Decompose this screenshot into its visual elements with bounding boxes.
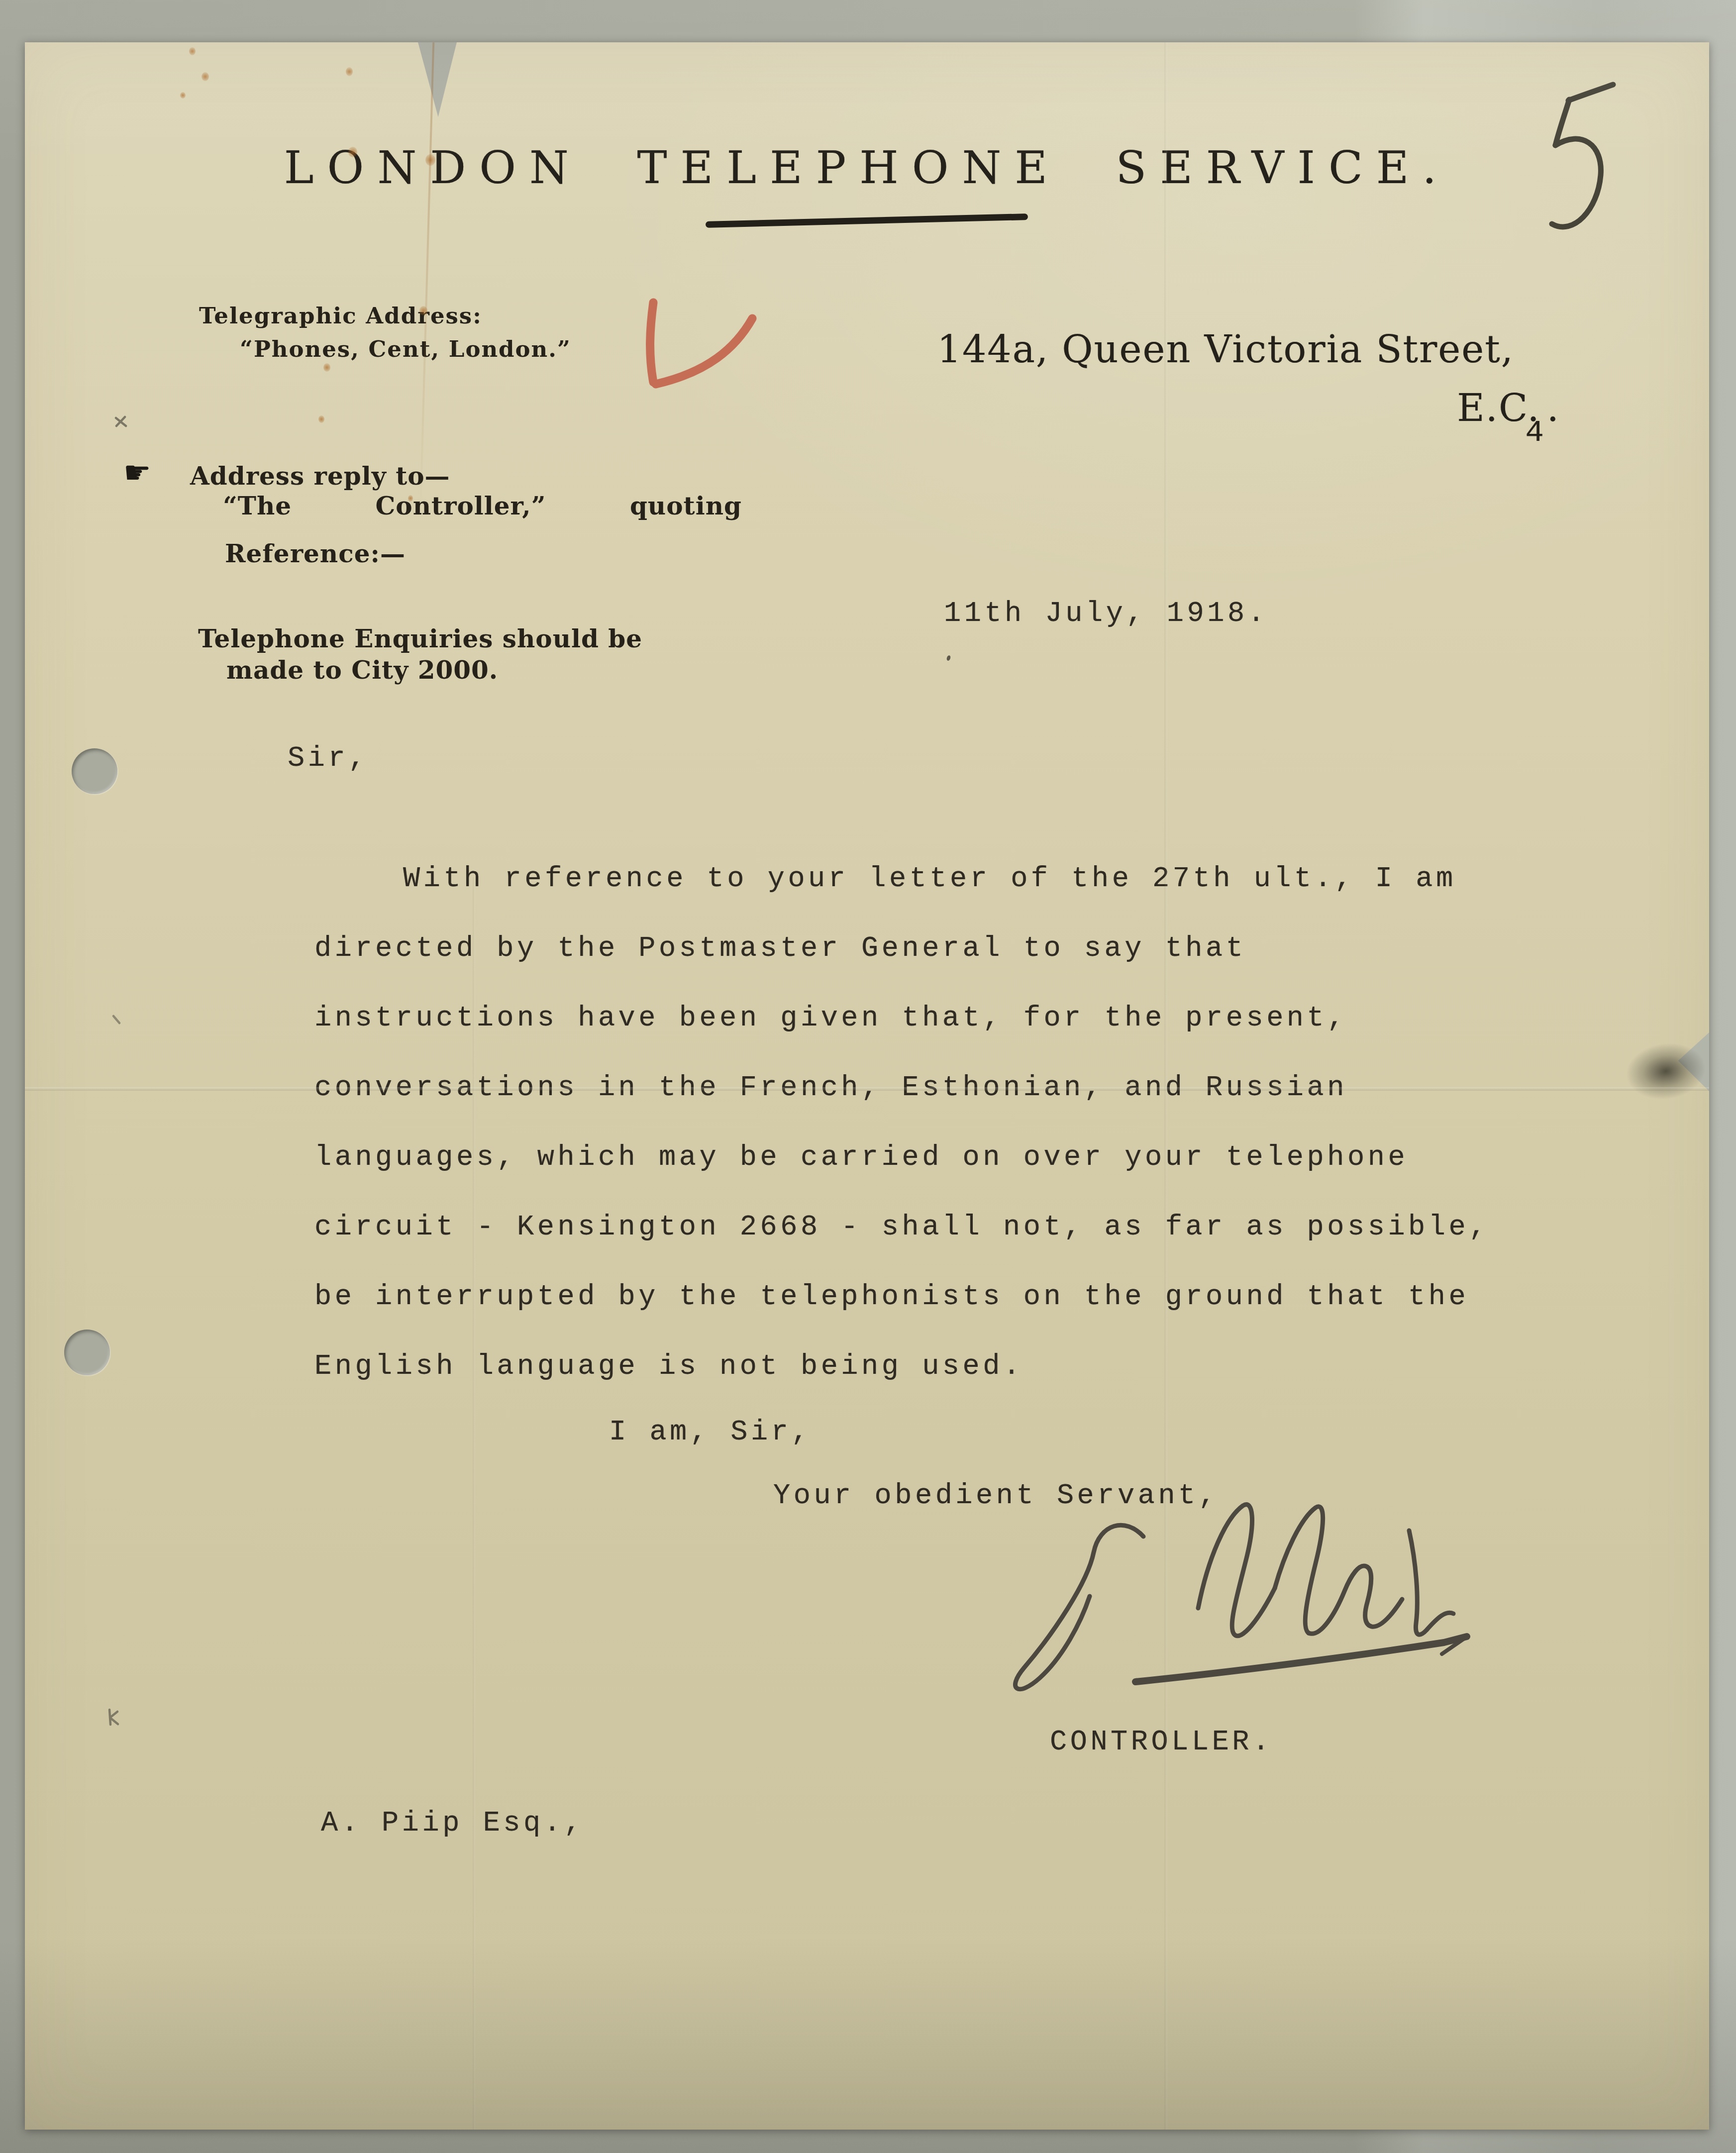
- reference-label: Reference:—: [225, 539, 406, 568]
- body-line: With reference to your letter of the 27t…: [314, 844, 1489, 914]
- recipient-line: A. Piip Esq.,: [321, 1808, 584, 1840]
- rust-streak: [419, 42, 435, 515]
- reply-instruction-line1: Address reply to—: [190, 461, 450, 491]
- rust-stain: [346, 67, 353, 76]
- telegraphic-address-value: “Phones, Cent, London.”: [240, 336, 571, 362]
- body-line: be interrupted by the telephonists on th…: [314, 1262, 1489, 1332]
- rust-stain: [202, 72, 209, 81]
- postal-district-suffix: .: [1547, 386, 1560, 430]
- closing-line2: Your obedient Servant,: [773, 1480, 1219, 1512]
- scanned-letter-photo: LONDON TELEPHONE SERVICE. Telegraphic Ad…: [0, 0, 1736, 2153]
- body-line: languages, which may be carried on over …: [314, 1123, 1489, 1193]
- rust-stain: [419, 306, 427, 315]
- punch-hole: [64, 1330, 110, 1375]
- postal-district: E.C.4.: [1457, 386, 1560, 430]
- vertical-fold-crease: [1164, 42, 1167, 2130]
- rust-stain: [189, 47, 196, 55]
- rust-stain: [348, 147, 357, 157]
- rust-stain: [180, 92, 186, 99]
- tear-fiber-shadow: [1623, 1038, 1709, 1104]
- body-line: instructions have been given that, for t…: [314, 984, 1489, 1053]
- postal-district-number-typed: 4: [1526, 415, 1545, 450]
- reply-instruction-line2: “The Controller,” quoting: [223, 491, 742, 520]
- closing-line1: I am, Sir,: [609, 1417, 812, 1448]
- rust-stain: [323, 363, 330, 372]
- stray-ink-dot: [946, 655, 951, 661]
- enquiries-line1: Telephone Enquiries should be: [198, 624, 642, 653]
- rust-stain: [318, 415, 324, 423]
- rust-stain: [408, 495, 413, 502]
- letter-sheet: LONDON TELEPHONE SERVICE. Telegraphic Ad…: [25, 42, 1709, 2130]
- enquiries-line2: made to City 2000.: [226, 655, 498, 685]
- letter-date: 11th July, 1918.: [944, 598, 1268, 630]
- salutation: Sir,: [288, 743, 369, 775]
- body-line: English language is not being used.: [314, 1332, 1489, 1402]
- letter-body-paragraph: With reference to your letter of the 27t…: [314, 844, 1489, 1402]
- body-line: directed by the Postmaster General to sa…: [314, 914, 1489, 984]
- telegraphic-address-label: Telegraphic Address:: [199, 303, 482, 329]
- punch-hole: [72, 748, 117, 794]
- signer-title: CONTROLLER.: [1050, 1727, 1273, 1758]
- paper-tear-notch-top: [418, 42, 457, 117]
- manicule-icon: ☛: [123, 454, 151, 491]
- street-address: 144a, Queen Victoria Street,: [937, 327, 1514, 371]
- body-line: circuit - Kensington 2668 - shall not, a…: [314, 1193, 1489, 1262]
- horizontal-fold-crease: [25, 1087, 1709, 1091]
- vertical-fold-crease: [473, 877, 475, 2130]
- rust-stain: [425, 154, 435, 166]
- letterhead-title: LONDON TELEPHONE SERVICE.: [25, 142, 1709, 194]
- title-underline-rule: [706, 213, 1028, 228]
